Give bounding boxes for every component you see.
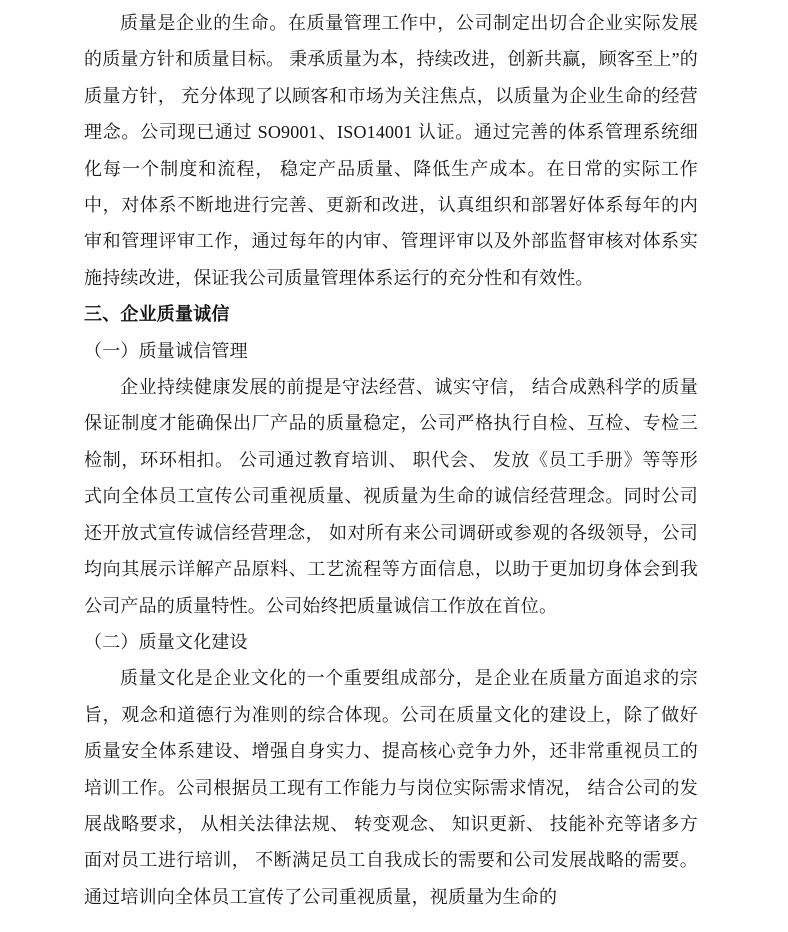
subsection-heading-quality-culture-building: （二）质量文化建设: [84, 624, 698, 660]
paragraph-quality-management-system: 质量是企业的生命。在质量管理工作中，公司制定出切合企业实际发展的质量方针和质量目…: [84, 5, 698, 296]
paragraph-quality-integrity-management: 企业持续健康发展的前提是守法经营、诚实守信， 结合成熟科学的质量保证制度才能确保…: [84, 369, 698, 624]
document-page: 质量是企业的生命。在质量管理工作中，公司制定出切合企业实际发展的质量方针和质量目…: [0, 0, 788, 932]
section-heading-enterprise-quality-integrity: 三、企业质量诚信: [84, 296, 698, 332]
subsection-heading-quality-integrity-management: （一）质量诚信管理: [84, 333, 698, 369]
paragraph-quality-culture-building: 质量文化是企业文化的一个重要组成部分，是企业在质量方面追求的宗旨，观念和道德行为…: [84, 660, 698, 915]
